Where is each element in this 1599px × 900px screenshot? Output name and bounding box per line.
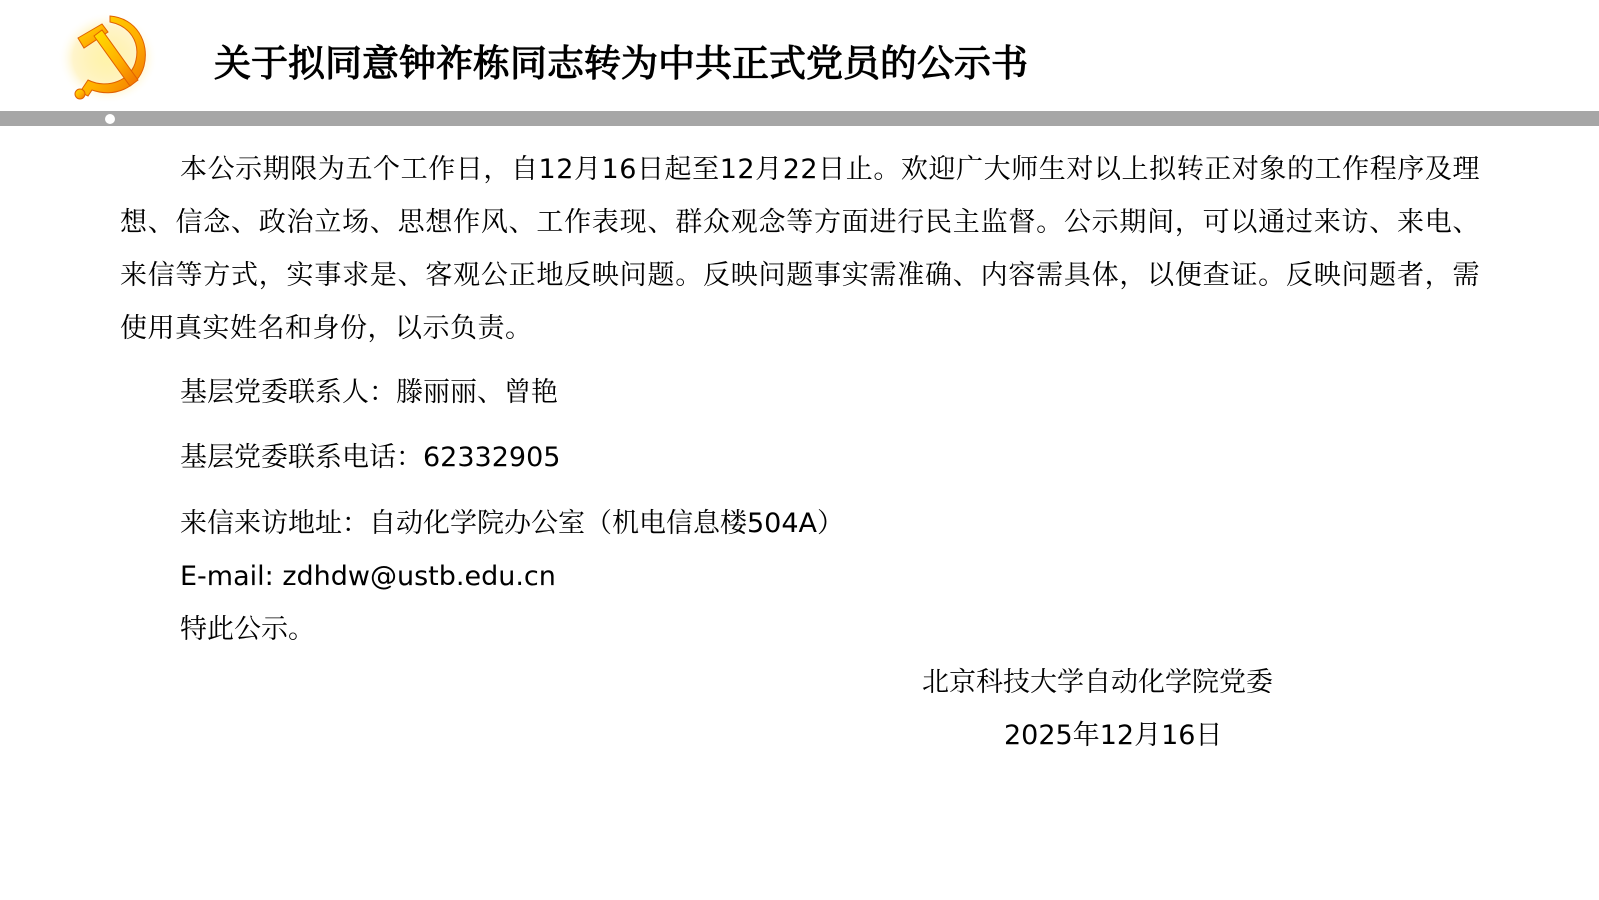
signature-date: 2025年12月16日 [1004,716,1222,756]
header: 关于拟同意钟祚栋同志转为中共正式党员的公示书 [0,0,1599,111]
email: E-mail: zdhdw@ustb.edu.cn [180,557,556,597]
page-title: 关于拟同意钟祚栋同志转为中共正式党员的公示书 [214,40,1028,88]
header-divider [0,111,1599,126]
notice-paragraph: 本公示期限为五个工作日，自12月16日起至12月22日止。欢迎广大师生对以上拟转… [120,143,1480,355]
contact-person: 基层党委联系人：滕丽丽、曾艳 [180,373,558,413]
closing: 特此公示。 [180,610,315,650]
party-emblem-icon [58,8,158,104]
contact-phone: 基层党委联系电话：62332905 [180,438,560,478]
divider-dot [105,114,115,124]
notice-body: 本公示期限为五个工作日，自12月16日起至12月22日止。欢迎广大师生对以上拟转… [120,143,1480,355]
signature-organization: 北京科技大学自动化学院党委 [922,663,1273,703]
address: 来信来访地址：自动化学院办公室（机电信息楼504A） [180,504,844,544]
